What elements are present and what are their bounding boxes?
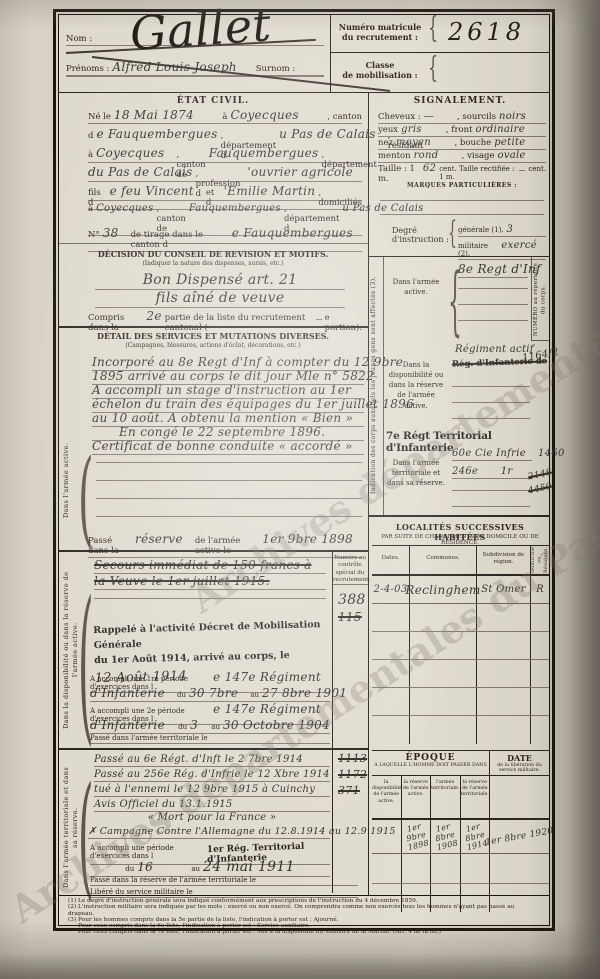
territorial-line: Passé au 6e Régt. d'Inft le 2 7bre 1914 <box>94 754 330 767</box>
divider <box>531 340 550 341</box>
divider <box>383 256 384 515</box>
matricule-label: Numéro matricule du recrutement : <box>334 22 426 42</box>
col-subdivision: Subdivision de région. <box>477 546 531 574</box>
divider <box>531 256 532 340</box>
corps-left-label: Indication des corps auxquels les jeunes… <box>370 260 381 510</box>
decision-line: fils aîné de veuve <box>95 290 345 308</box>
nom-value: Gallet <box>128 0 273 61</box>
classe-label: Classe de mobilisation : <box>334 60 426 80</box>
epoque-col: la disponibilité de l'armée active. <box>372 776 402 818</box>
controle-crossed-value: 115 <box>338 610 362 624</box>
divider <box>58 550 368 552</box>
prenoms-label: Prénoms : <box>66 64 109 74</box>
blank-line <box>96 462 362 463</box>
corps-terr-line: 246e 1r <box>452 466 532 479</box>
degre-instruction: Degré d'instruction : <box>392 226 449 244</box>
secours-line: Secours immédiat de 150 francs à <box>94 558 326 574</box>
territorial-line: tué à l'ennemi le 12 9bre 1915 à Cuinchy <box>94 784 330 797</box>
divider <box>332 552 333 893</box>
territorial-line: Avis Officiel du 13.1.1915 <box>94 799 330 812</box>
decision-title: DÉCISION DU CONSEIL DE REVISION ET MOTIF… <box>60 249 366 259</box>
services-subtitle: (Campagnes, blessures, actions d'éclat, … <box>60 342 366 349</box>
cross-mark: ✗ <box>88 826 97 837</box>
section-label-armee-active: Dans l'armée active. <box>62 430 74 530</box>
margin-number: 371 <box>338 784 360 797</box>
footnote: Pour ceux compris dans la 7e liste, l'in… <box>68 929 542 935</box>
margin-number: 1113 <box>338 752 367 765</box>
campagne-line: ✗ Campagne Contre l'Allemagne du 12.8.19… <box>88 826 330 839</box>
corps-terr-label: Dans l'armée territoriale et dans sa rés… <box>386 458 446 488</box>
epoque-title: ÉPOQUE <box>373 753 488 763</box>
services-title: DÉTAIL DES SERVICES ET MUTATIONS DIVERSE… <box>60 331 366 341</box>
etat-civil-line: Né le18 Mai 1874 àCoyecques , canton <box>88 108 362 124</box>
liberation-date: 1er 8bre 1920 <box>485 826 555 848</box>
controle-header: Numéro au contrôle spécial du recrutemen… <box>333 555 367 584</box>
passe-reserve-territoriale-line: Passé dans la réserve de l'armée territo… <box>90 876 358 886</box>
decision-line: Bon Dispensé art. 21 <box>95 272 345 290</box>
repertoire-label: NUMÉRO au répertoire du corps. <box>533 262 545 336</box>
surnom-label: Surnom : <box>256 64 296 74</box>
blank-line <box>96 498 362 499</box>
marques-title: MARQUES PARTICULIÈRES : <box>378 182 546 189</box>
signalement-nez: nezmoyen , bouchepetite <box>378 137 546 150</box>
corps-active-label: Dans l'armée active. <box>386 278 446 298</box>
divider <box>58 326 368 328</box>
blank-line <box>380 200 544 201</box>
localites-row: 2-4-03 Reclinghem St Omer R <box>372 576 549 604</box>
corps-active-value: 8e Regt d'Inf <box>458 262 528 278</box>
controle-value: 388 <box>338 592 366 608</box>
margin-number: 1172 <box>338 768 367 781</box>
blank-line <box>458 288 528 289</box>
blank-line <box>66 76 324 77</box>
blank-line <box>96 516 362 517</box>
blank-line <box>94 598 326 599</box>
footnote: (2) L'instruction militaire sera indiqué… <box>68 904 542 917</box>
prenoms-value: Alfred Louis Joseph <box>112 60 236 74</box>
periode1-line: d'Infanterie du 30 7bre au 27 8bre 1901 <box>90 686 330 702</box>
divider <box>330 14 331 92</box>
section-label-territoriale: Dans l'armée territoriale et dans sa rés… <box>62 765 76 890</box>
blank-line <box>452 402 530 403</box>
localites-table: Dates. Communes. Subdivision de région. … <box>372 545 549 745</box>
blank-line <box>96 480 362 481</box>
blank-line <box>458 320 528 321</box>
nom-label: Nom : <box>66 34 92 44</box>
epoque-col: la réserve de l'armée active. <box>402 776 432 818</box>
corps-dispo-label: Dans la disponibilité ou dans la réserve… <box>386 360 446 411</box>
col-dates: Dates. <box>372 546 410 574</box>
blank-line <box>452 418 530 419</box>
blank-line <box>458 304 528 305</box>
territorial-line: Passé au 256e Rég. d'Infrie le 12 Xbre 1… <box>94 769 330 782</box>
divider <box>58 748 368 750</box>
mort-pour-la-france: « Mort pour la France » <box>94 812 330 824</box>
degre-generale: générale (1). 3 <box>458 224 546 237</box>
epoque-table: ÉPOQUE À LAQUELLE L'HOMME DOIT PASSER DA… <box>372 750 549 893</box>
divider <box>330 52 550 53</box>
passe-reserve-line: Passé dans la réserve de l'armée active … <box>88 532 362 558</box>
divider <box>58 92 550 93</box>
section-label-disponibilite: Dans la disponibilité ou dans la réserve… <box>62 565 76 735</box>
passe-territoriale-line: Passé dans l'armée territoriale le <box>90 734 330 744</box>
divider <box>368 256 550 257</box>
epoque-subtitle: À LAQUELLE L'HOMME DOIT PASSER DANS <box>373 763 488 768</box>
date-header: DATE <box>491 753 548 763</box>
blank-line <box>452 506 530 507</box>
etat-civil-title: ÉTAT CIVIL. <box>60 96 366 106</box>
divider <box>58 243 368 244</box>
signalement-menton: mentonrond , visageovale <box>378 150 546 163</box>
field-prenoms: Prénoms : Alfred Louis Joseph Surnom : <box>66 60 324 76</box>
decision-subtitle: (Indiquer la nature des dispenses, sursi… <box>60 260 366 267</box>
col-domicilie-residant: Domicilié ou Résidant. <box>531 546 549 574</box>
epoque-values-row: 1er 9bre 1898 1er 8bre 1908 1er 8bre 191… <box>372 820 549 854</box>
footnotes: (1) Le degré d'instruction générale sera… <box>58 895 550 926</box>
divider <box>332 584 368 585</box>
secours-line: la Veuve le 1er juillet 1915. <box>94 574 326 590</box>
epoque-col: la réserve de l'armée territoriale. <box>461 776 491 818</box>
periode-territoriale-dates: du 16 au 24 mai 1911 <box>90 859 330 877</box>
blank-line <box>452 490 530 491</box>
scan-edge <box>566 0 600 979</box>
epoque-col: l'armée territoriale. <box>431 776 461 818</box>
signalement-cheveux: Cheveux :— , sourcilsnoirs <box>378 111 546 124</box>
scan-edge <box>0 953 600 979</box>
degre-militaire: militaire (2). exercé <box>458 240 546 260</box>
services-line: Certificat de bonne conduite « accordé » <box>92 439 364 455</box>
military-record-scan: Archives départementales du Pas-de-Calai… <box>0 0 600 979</box>
signalement-title: SIGNALEMENT. <box>370 96 550 106</box>
signalement-yeux: yeuxgris , frontordinaire <box>378 124 546 137</box>
blank-line <box>452 386 530 387</box>
col-communes: Communes. <box>410 546 477 574</box>
periode2-line: d'Infanterie du 3 au 30 Octobre 1904 <box>90 718 330 734</box>
corps-terr-line: 60e Cie Infrie 1460 <box>452 448 532 461</box>
divider <box>368 515 550 517</box>
blank-line <box>380 214 544 215</box>
matricule-value: 2618 <box>448 18 525 46</box>
